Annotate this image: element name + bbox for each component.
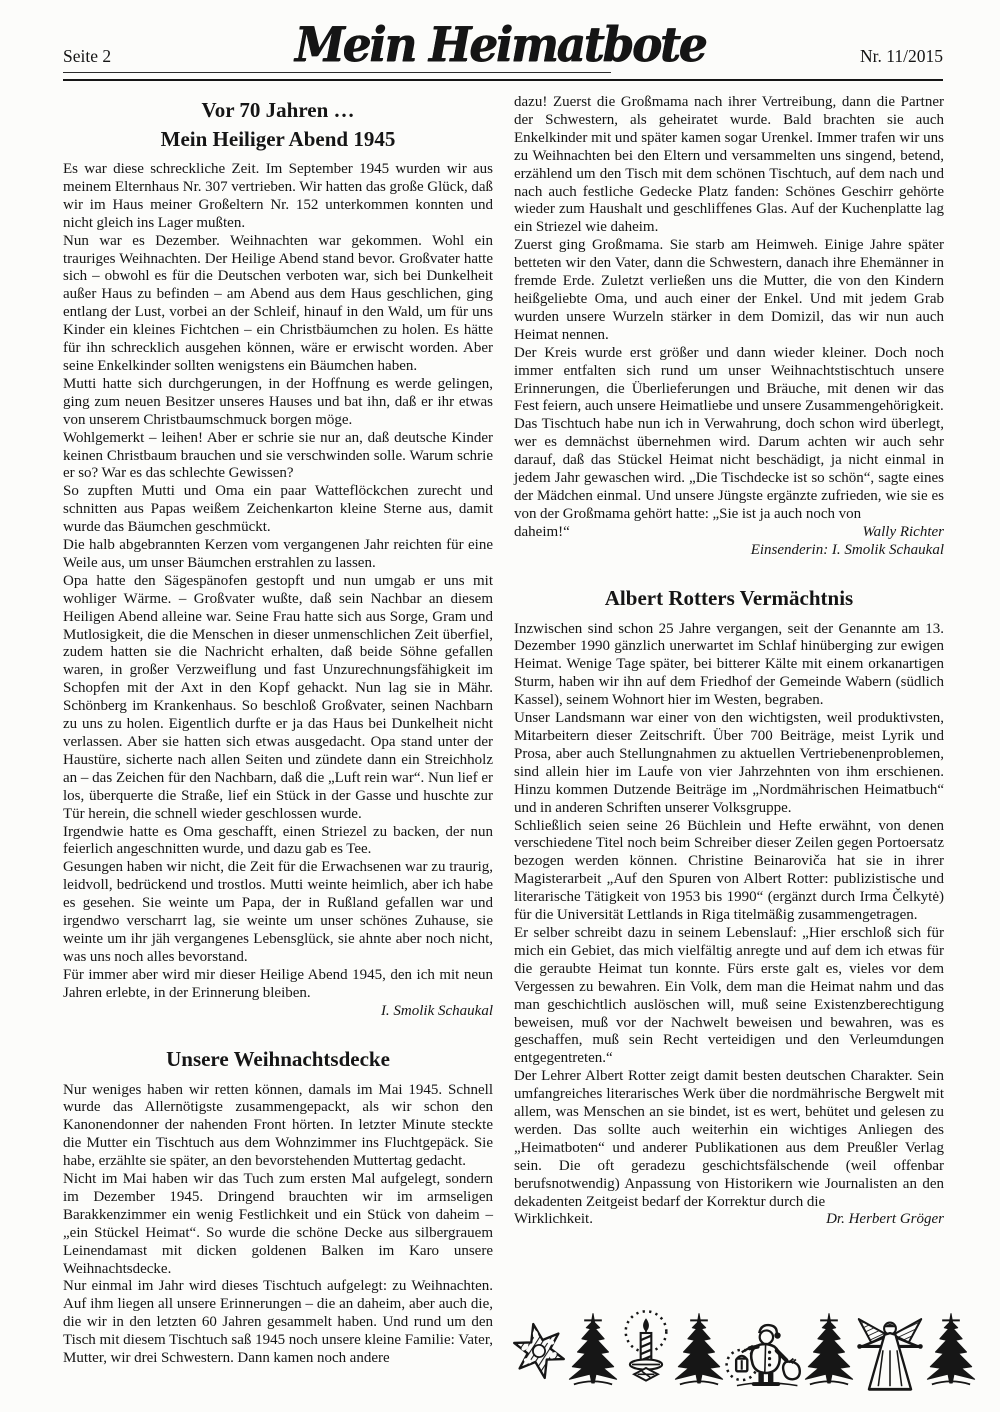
tree-icon: [804, 1308, 854, 1396]
paragraph: So zupften Mutti und Oma ein paar Wattef…: [63, 483, 493, 537]
paragraph: Wohlgemerkt – leihen! Aber er schrie sie…: [63, 430, 493, 484]
paragraph: Nicht im Mai haben wir das Tuch zum erst…: [63, 1171, 493, 1278]
tree-icon: [568, 1308, 618, 1396]
santa-icon: [724, 1322, 804, 1392]
tree-icon: [926, 1308, 976, 1396]
closing-text: Wirklichkeit.: [514, 1211, 593, 1229]
paragraph: Irgendwie hatte es Oma geschafft, einen …: [63, 824, 493, 860]
newspaper-page: Seite 2 Mein Heimatbote Nr. 11/2015 Vor …: [0, 0, 1000, 1412]
header-rule-main: [63, 79, 943, 81]
paragraph: Unser Landsmann war einer von den wichti…: [514, 710, 944, 817]
paragraph: Es war diese schreckliche Zeit. Im Septe…: [63, 161, 493, 233]
paragraph: Schließlich seien seine 26 Büchlein und …: [514, 818, 944, 925]
paragraph: Nur einmal im Jahr wird dieses Tischtuch…: [63, 1278, 493, 1368]
closing-line: Wirklichkeit. Dr. Herbert Gröger: [514, 1211, 944, 1229]
star-icon: [510, 1320, 568, 1382]
paragraph: Gesungen haben wir nicht, die Zeit für d…: [63, 859, 493, 966]
article-vor-70-jahren: Vor 70 Jahren … Mein Heiliger Abend 1945…: [63, 96, 493, 1021]
christmas-clipart-border: [510, 1284, 946, 1396]
paragraph: Die halb abgebrannten Kerzen vom vergang…: [63, 537, 493, 573]
author-signature: Wally Richter: [862, 524, 944, 542]
paragraph: Nur weniges haben wir retten können, dam…: [63, 1082, 493, 1172]
article-body: Es war diese schreckliche Zeit. Im Septe…: [63, 161, 493, 1003]
article-weihnachtsdecke: Unsere Weihnachtsdecke Nur weniges haben…: [63, 1045, 493, 1369]
article-body-left-part: Nur weniges haben wir retten können, dam…: [63, 1082, 493, 1369]
two-column-layout: Vor 70 Jahren … Mein Heiliger Abend 1945…: [63, 94, 944, 1368]
paragraph: Zuerst ging Großmama. Sie starb am Heimw…: [514, 237, 944, 344]
closing-line: daheim!“ Wally Richter: [514, 524, 944, 542]
paragraph: Nun war es Dezember. Weihnachten war gek…: [63, 233, 493, 376]
left-column: Vor 70 Jahren … Mein Heiliger Abend 1945…: [63, 94, 493, 1368]
submitter-signature: Einsenderin: I. Smolik Schaukal: [514, 542, 944, 560]
article-title: Unsere Weihnachtsdecke: [63, 1045, 493, 1074]
article-title-line1: Vor 70 Jahren …: [63, 96, 493, 125]
tree-icon: [674, 1308, 724, 1396]
masthead-logo: Mein Heimatbote: [0, 21, 1000, 69]
paragraph: Der Lehrer Albert Rotter zeigt damit bes…: [514, 1068, 944, 1211]
angel-icon: [854, 1316, 926, 1394]
closing-text: daheim!“: [514, 524, 570, 542]
article-title-block: Vor 70 Jahren … Mein Heiliger Abend 1945: [63, 96, 493, 154]
article-body-right-part: dazu! Zuerst die Großmama nach ihrer Ver…: [514, 94, 944, 524]
article-weihnachtsdecke-continued: dazu! Zuerst die Großmama nach ihrer Ver…: [514, 94, 944, 560]
article-body: Inzwischen sind schon 25 Jahre vergangen…: [514, 621, 944, 1212]
paragraph: Für immer aber wird mir dieser Heilige A…: [63, 967, 493, 1003]
article-albert-rotter: Albert Rotters Vermächtnis Inzwischen si…: [514, 584, 944, 1230]
author-signature: Dr. Herbert Gröger: [826, 1211, 944, 1229]
paragraph: Inzwischen sind schon 25 Jahre vergangen…: [514, 621, 944, 711]
paragraph: dazu! Zuerst die Großmama nach ihrer Ver…: [514, 94, 944, 237]
paragraph: Opa hatte den Sägespänofen gestopft und …: [63, 573, 493, 824]
article-title-line2: Mein Heiliger Abend 1945: [63, 125, 493, 154]
paragraph: Er selber schreibt dazu in seinem Lebens…: [514, 925, 944, 1068]
paragraph: Mutti hatte sich durchgerungen, in der H…: [63, 376, 493, 430]
paragraph: Der Kreis wurde erst größer und dann wie…: [514, 345, 944, 417]
right-column: dazu! Zuerst die Großmama nach ihrer Ver…: [514, 94, 944, 1229]
author-signature: I. Smolik Schaukal: [63, 1003, 493, 1021]
paragraph: Das Tischtuch habe nun ich in Verwahrung…: [514, 416, 944, 523]
article-title: Albert Rotters Vermächtnis: [514, 584, 944, 613]
candle-icon: [618, 1308, 674, 1386]
